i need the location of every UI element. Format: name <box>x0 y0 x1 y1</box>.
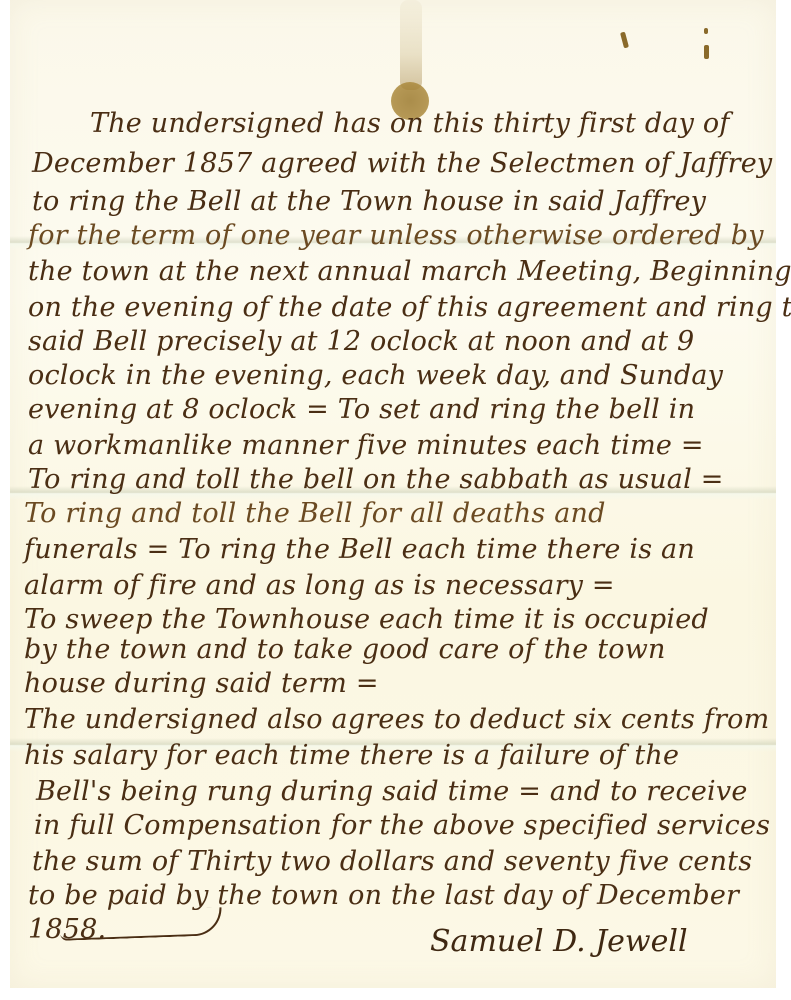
handwritten-text: The undersigned has on this thirty first… <box>10 0 776 988</box>
text-line: To sweep the Townhouse each time it is o… <box>24 604 709 635</box>
text-line: evening at 8 oclock = To set and ring th… <box>28 394 695 425</box>
text-line: Bell's being rung during said time = and… <box>36 776 748 807</box>
text-line: oclock in the evening, each week day, an… <box>28 360 723 391</box>
text-line: in full Compensation for the above speci… <box>34 810 770 841</box>
text-line: the sum of Thirty two dollars and sevent… <box>32 846 752 877</box>
text-line: on the evening of the date of this agree… <box>28 292 791 323</box>
text-line: The undersigned has on this thirty first… <box>90 108 730 139</box>
text-line: To ring and toll the Bell for all deaths… <box>24 498 606 529</box>
text-line: The undersigned also agrees to deduct si… <box>24 704 769 735</box>
text-line: funerals = To ring the Bell each time th… <box>24 534 695 565</box>
text-line: for the term of one year unless otherwis… <box>28 220 764 251</box>
date-flourish <box>60 907 223 941</box>
text-line: alarm of fire and as long as is necessar… <box>24 570 615 601</box>
text-line: To ring and toll the bell on the sabbath… <box>28 464 724 495</box>
text-line: said Bell precisely at 12 oclock at noon… <box>28 326 694 357</box>
text-line: by the town and to take good care of the… <box>24 634 666 665</box>
text-line: December 1857 agreed with the Selectmen … <box>32 148 772 179</box>
text-line: his salary for each time there is a fail… <box>24 740 679 771</box>
text-line: the town at the next annual march Meetin… <box>28 256 791 287</box>
text-line: a workmanlike manner five minutes each t… <box>28 430 704 461</box>
text-line: to ring the Bell at the Town house in sa… <box>32 186 706 217</box>
document-page: The undersigned has on this thirty first… <box>10 0 776 988</box>
text-line: house during said term = <box>24 668 379 699</box>
signature: Samuel D. Jewell <box>430 924 688 959</box>
text-line: to be paid by the town on the last day o… <box>28 880 739 911</box>
